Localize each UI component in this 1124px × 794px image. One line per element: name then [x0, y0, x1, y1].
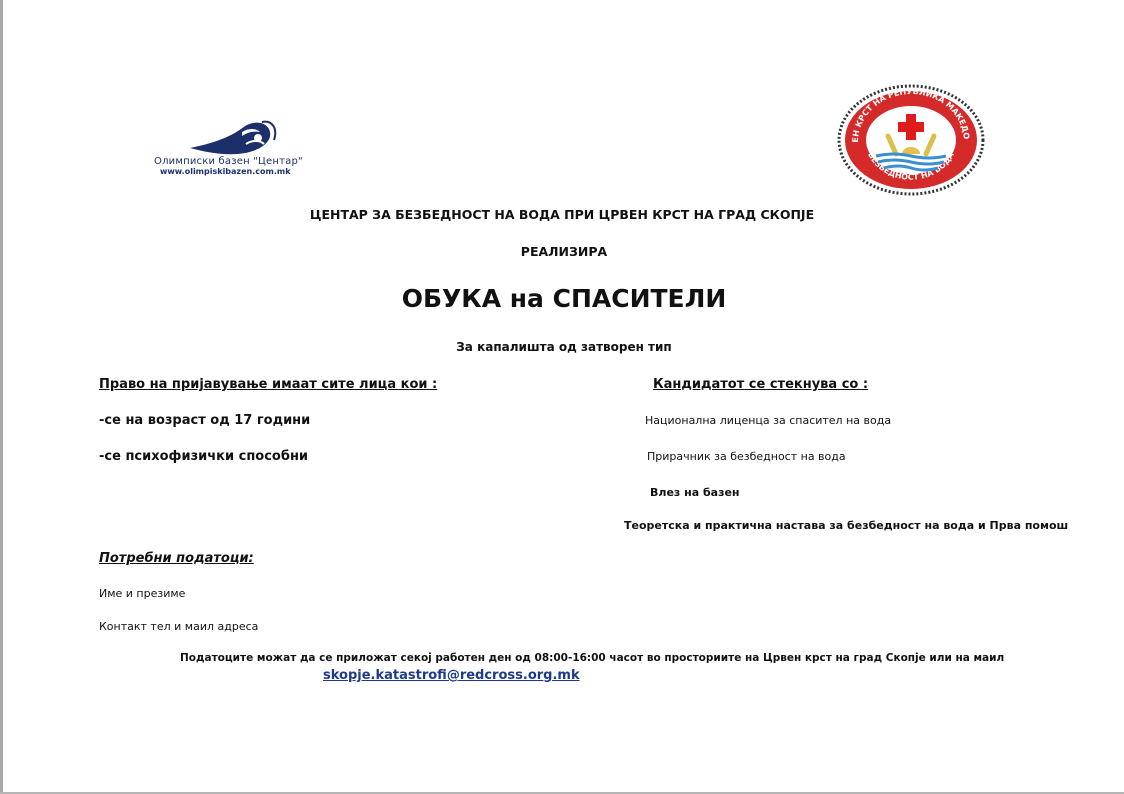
eligibility-heading: Право на пријавување имаат сите лица кои…	[99, 377, 437, 392]
benefit-item: Прирачник за безбедност на вода	[647, 450, 846, 463]
contact-email-link[interactable]: skopje.katastrofi@redcross.org.mk	[323, 668, 598, 683]
red-cross-emblem-icon: ЦРВЕН КРСТ НА РЕПУБЛИКА МАКЕДОНИЈА БЕЗБЕ…	[836, 84, 986, 196]
required-data-item: Име и презиме	[99, 587, 185, 600]
benefit-item: Влез на базен	[650, 486, 740, 499]
submission-note: Податоците можат да се приложат секој ра…	[180, 652, 1004, 664]
page-left-edge	[0, 0, 3, 794]
olympic-pool-logo: Олимписки базен "Центар" www.olimpiskiba…	[150, 118, 340, 178]
required-data-item: Контакт тел и маил адреса	[99, 620, 258, 633]
benefit-item: Национална лиценца за спасител на вода	[645, 414, 891, 427]
pool-name: Олимписки базен "Центар"	[154, 156, 303, 167]
organization-heading: ЦЕНТАР ЗА БЕЗБЕДНОСТ НА ВОДА ПРИ ЦРВЕН К…	[0, 207, 1124, 222]
page-title: ОБУКА на СПАСИТЕЛИ	[0, 284, 1124, 313]
required-data-heading: Потребни податоци:	[99, 551, 254, 566]
eligibility-item: -се психофизички способни	[99, 449, 308, 464]
swimmer-wave-icon	[150, 118, 340, 158]
page-subtitle: За капалишта од затворен тип	[0, 340, 1124, 354]
eligibility-item: -се на возраст од 17 години	[99, 413, 310, 428]
realizes-label: РЕАЛИЗИРА	[0, 244, 1124, 259]
pool-url: www.olimpiskibazen.com.mk	[160, 167, 291, 176]
benefits-heading: Кандидатот се стекнува со :	[653, 377, 868, 392]
red-cross-water-safety-logo: ЦРВЕН КРСТ НА РЕПУБЛИКА МАКЕДОНИЈА БЕЗБЕ…	[836, 84, 986, 196]
benefit-item: Теоретска и практична настава за безбедн…	[624, 519, 1068, 532]
